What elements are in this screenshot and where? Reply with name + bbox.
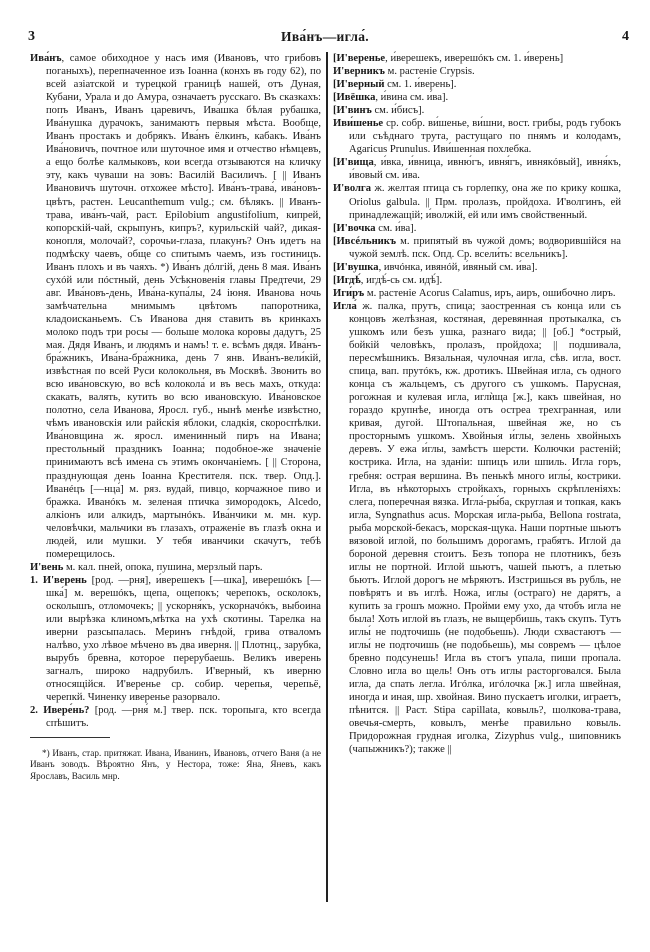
- entry-iveren-1: 1. И'верень [род. —рня], и́верешекъ [—шк…: [30, 574, 321, 704]
- headword: И'верень: [43, 575, 87, 586]
- entry-iveren-2: 2. Ивере́нь? [род. —рня́ м.] твер. пск. …: [30, 704, 321, 730]
- left-column: Ива́нъ, самое обиходное у насъ имя (Иван…: [30, 52, 321, 791]
- entry-text: И'верень [род. —рня], и́верешекъ [—шка],…: [43, 575, 321, 703]
- entry-number: 2.: [30, 705, 38, 716]
- column-divider: [326, 52, 328, 902]
- entry-igde: [Игдѣ́, игдѣ́-сь см. идѣ́].: [333, 274, 621, 287]
- headword: [И'верный: [333, 79, 385, 90]
- headword: [Игдѣ́: [333, 275, 361, 286]
- headword: Ива́нъ: [30, 53, 62, 64]
- entry-ivishenie: Иви́шенье ср. собр. ви́шенье, ви́шни, во…: [333, 117, 621, 156]
- entry-ivyoshka: [Ивёшка, и́вина см. и́ва].: [333, 91, 621, 104]
- headword: И'верникъ: [333, 66, 385, 77]
- headword: И'вень: [30, 562, 63, 573]
- page-number-right: 4: [622, 29, 629, 45]
- headword: Ивере́нь?: [43, 705, 89, 716]
- headword: [Ивёшка: [333, 92, 375, 103]
- headword: И'волга: [333, 183, 371, 194]
- entry-igla: Игла́ ж. палка, прутъ, спица; заостренна…: [333, 300, 621, 757]
- headword: [Ивсéльникъ: [333, 236, 396, 247]
- headword: [И'винъ: [333, 105, 372, 116]
- headword: Игла́: [333, 301, 357, 312]
- headword: [И'вушка: [333, 262, 379, 273]
- headword: [И'вища: [333, 157, 374, 168]
- right-column: [И'веренье, и́верешекъ, иверешóкъ см. 1.…: [333, 52, 621, 757]
- entry-iverny: [И'верный см. 1. и́верень].: [333, 78, 621, 91]
- headword: [И'вочка: [333, 223, 376, 234]
- entry-iven: И'вень м. кал. пней, опока, пушина, мерз…: [30, 561, 321, 574]
- footnote-rule: [30, 737, 110, 738]
- entry-igir: Иги́ръ м. растеніе Acorus Calamus, иръ, …: [333, 287, 621, 300]
- page-header: 3 Ива́нъ—игла́. 4: [0, 0, 650, 40]
- headword: Иви́шенье: [333, 118, 383, 129]
- entry-number: 1.: [30, 575, 38, 586]
- entry-ivolga: И'волга ж. желтая птица съ горлепку, она…: [333, 182, 621, 221]
- entry-ivselnik: [Ивсéльникъ м. припятый въ чужой домъ; в…: [333, 235, 621, 261]
- entry-ivan: Ива́нъ, самое обиходное у насъ имя (Иван…: [30, 52, 321, 561]
- entry-iverenie: [И'веренье, и́верешекъ, иверешóкъ см. 1.…: [333, 52, 621, 65]
- footnote: *) Иванъ, стар. притяжат. Ивана, Иванинъ…: [30, 748, 321, 783]
- entry-ivochka: [И'вочка см. и́ва].: [333, 222, 621, 235]
- entry-ivishcha: [И'вища, и́вка, и́вница, ивню́гъ, ивня́г…: [333, 156, 621, 182]
- entry-text: Ивере́нь? [род. —рня́ м.] твер. пск. тор…: [43, 705, 321, 729]
- page-number-left: 3: [28, 29, 35, 45]
- entry-ivushka: [И'вушка, ивчóнка, ивянóй, и́вяный см. и…: [333, 261, 621, 274]
- headword: Иги́ръ: [333, 288, 364, 299]
- headword: [И'веренье: [333, 53, 385, 64]
- entry-ivin: [И'винъ см. и́бисъ].: [333, 104, 621, 117]
- running-title: Ива́нъ—игла́.: [225, 29, 425, 45]
- entry-ivernik: И'верникъ м. растеніе Crypsis.: [333, 65, 621, 78]
